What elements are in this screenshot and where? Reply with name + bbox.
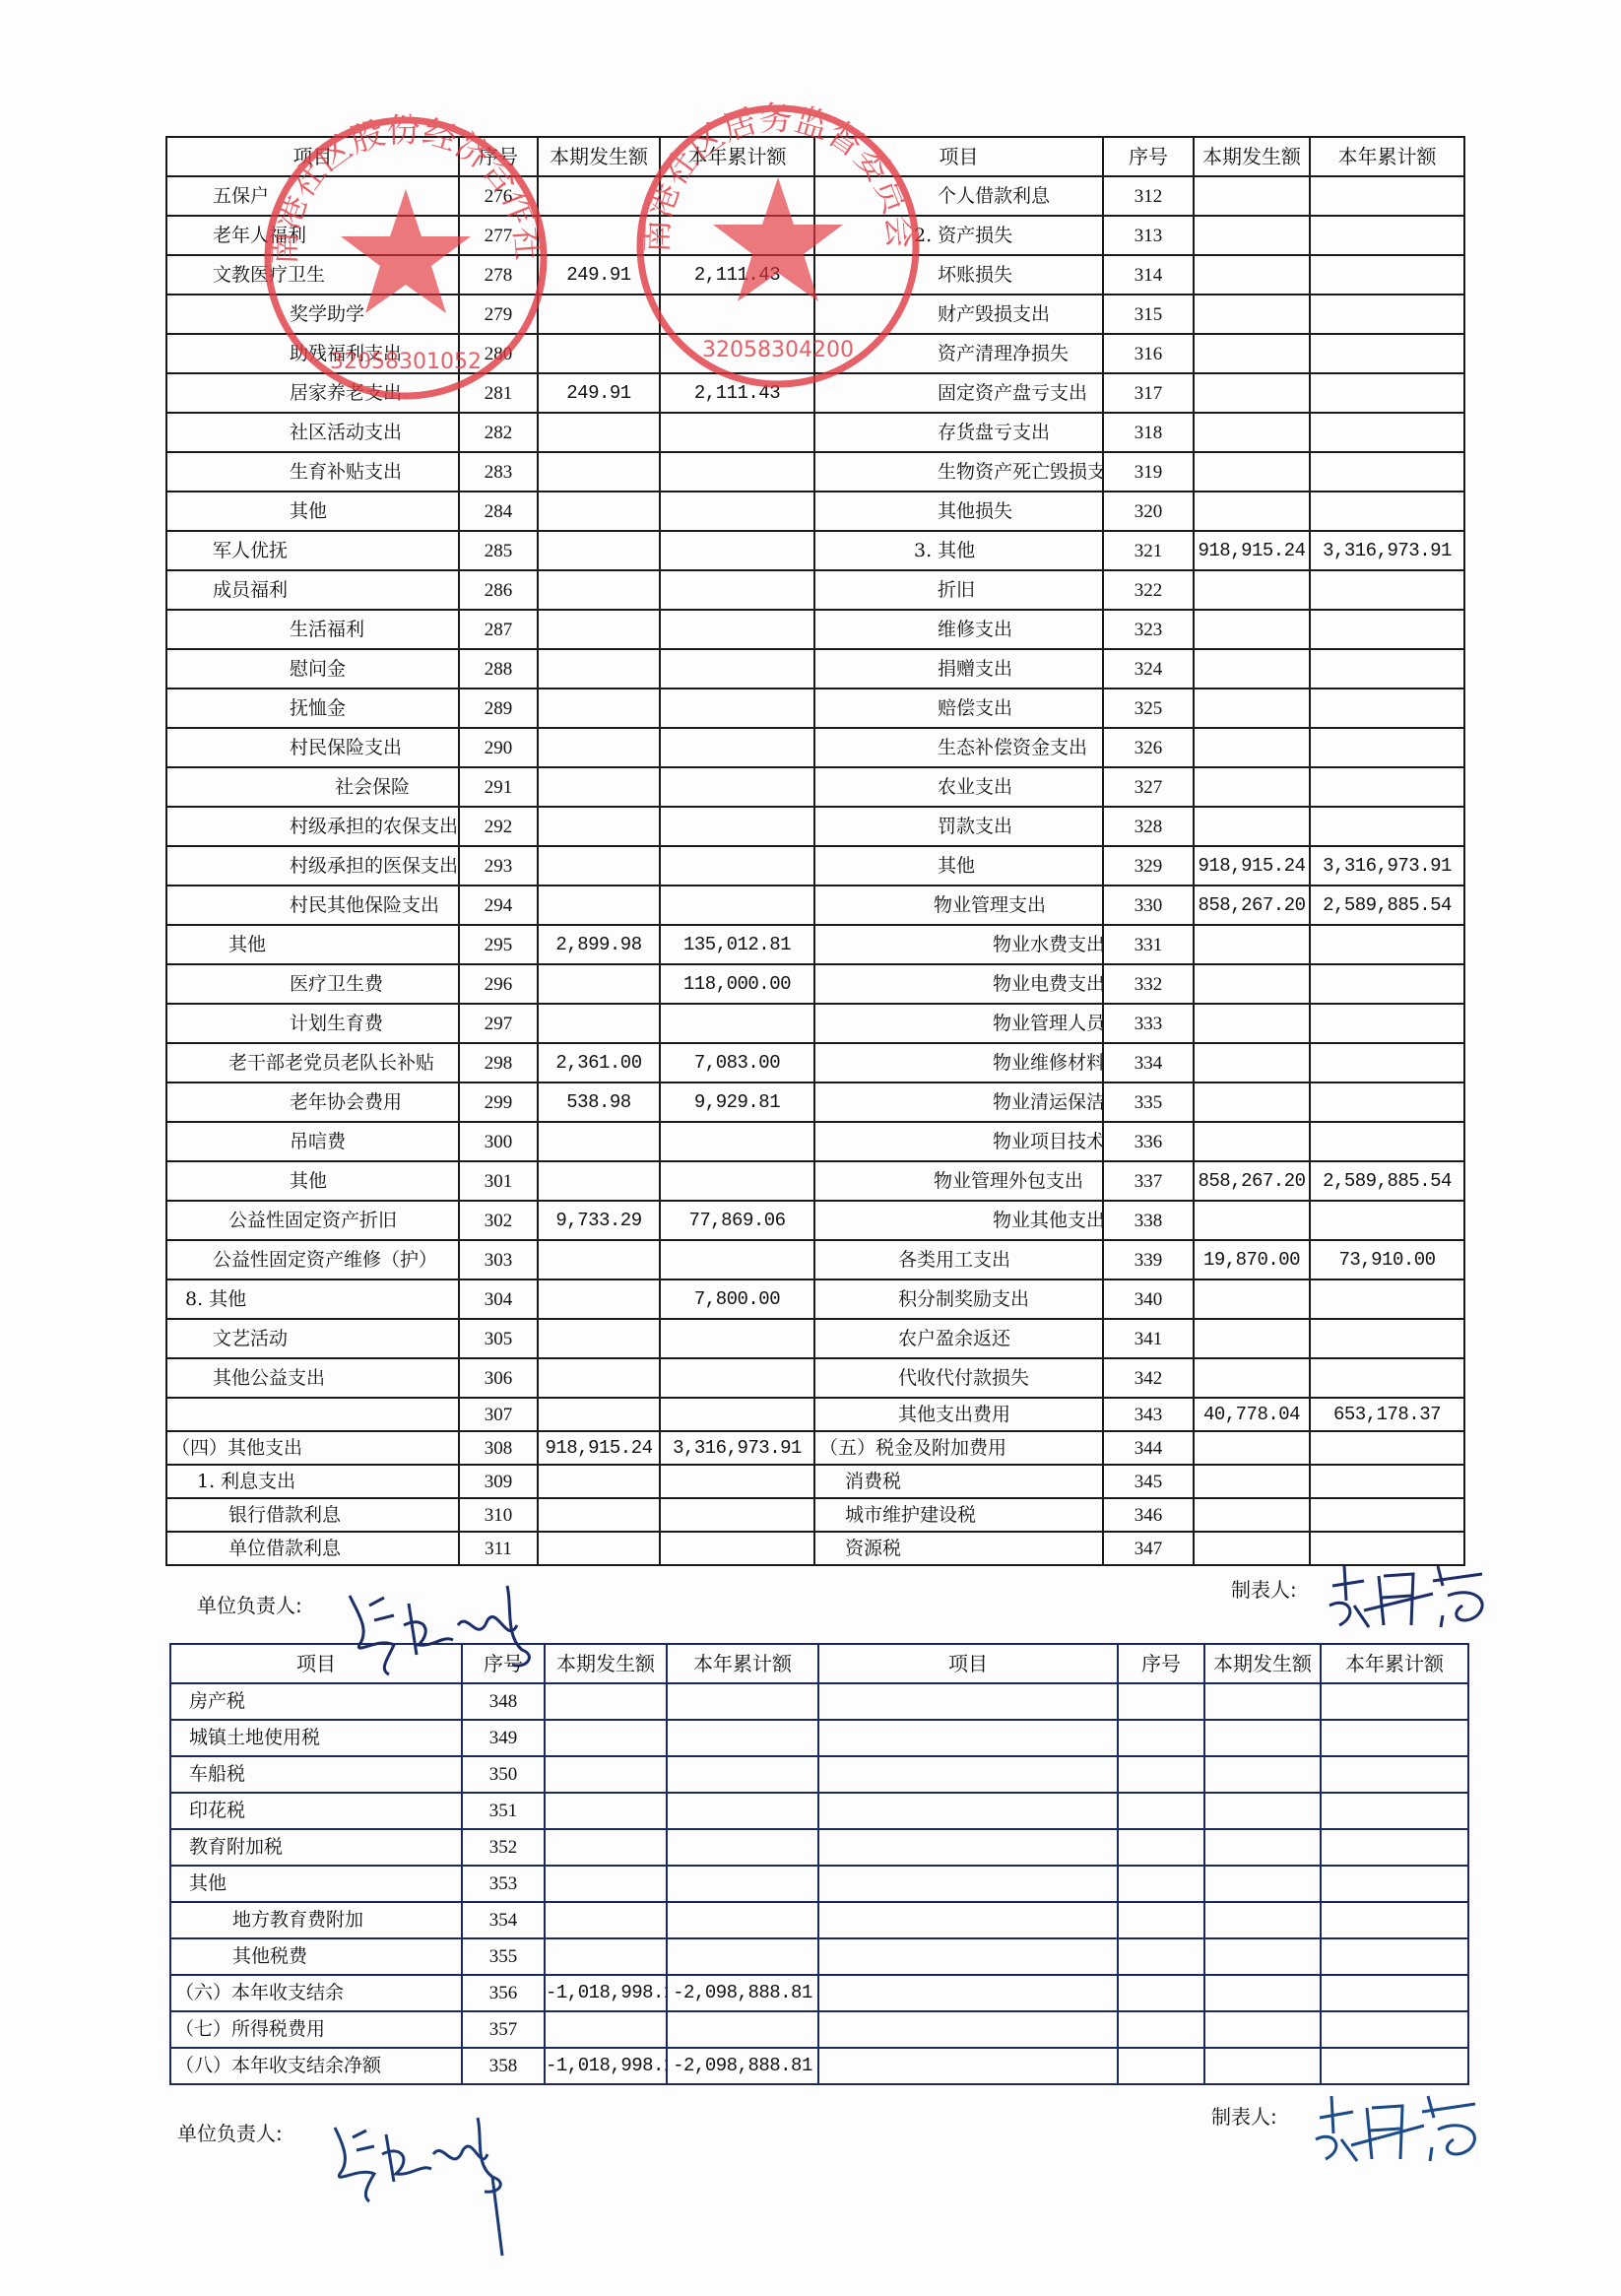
col-header-item: 项目 [166, 137, 459, 176]
ytd-amount [660, 649, 814, 689]
col-header-current: 本期发生额 [1194, 137, 1310, 176]
item-label: 社区活动支出 [166, 413, 459, 452]
seq-number: 318 [1103, 413, 1194, 452]
ytd-amount: 3,316,973.91 [1310, 531, 1464, 570]
item-label: 五保户 [166, 176, 459, 216]
seq-number: 310 [459, 1498, 538, 1532]
ytd-amount [660, 1398, 814, 1431]
col-header-current: 本期发生额 [538, 137, 660, 176]
item-label: 其他支出费用 [814, 1398, 1103, 1431]
item-label: 资产清理净损失 [814, 334, 1103, 373]
seq-number: 329 [1103, 846, 1194, 886]
item-label: 罚款支出 [814, 807, 1103, 846]
item-label: 个人借款利息 [814, 176, 1103, 216]
col-header-item: 项目 [814, 137, 1103, 176]
col-header-item: 项目 [170, 1644, 462, 1683]
current-amount [538, 689, 660, 728]
current-amount [1194, 255, 1310, 295]
item-label [818, 2011, 1118, 2048]
current-amount [545, 1756, 667, 1793]
seq-number: 312 [1103, 176, 1194, 216]
table-row: 其他公益支出306代收代付款损失342 [166, 1358, 1464, 1398]
ytd-amount [1310, 689, 1464, 728]
col-header-seq: 序号 [1103, 137, 1194, 176]
item-label: 物业管理人员报酬支出 [814, 1004, 1103, 1043]
seq-number: 321 [1103, 531, 1194, 570]
ytd-amount [1310, 295, 1464, 334]
item-label: 农业支出 [814, 767, 1103, 807]
current-amount [538, 1398, 660, 1431]
seq-number: 303 [459, 1240, 538, 1279]
ytd-amount [660, 452, 814, 492]
table-row: 公益性固定资产维修（护）303各类用工支出33919,870.0073,910.… [166, 1240, 1464, 1279]
ytd-amount [1310, 728, 1464, 767]
ytd-amount [1310, 216, 1464, 255]
seq-number: 309 [459, 1465, 538, 1498]
seq-number: 277 [459, 216, 538, 255]
current-amount [1194, 1319, 1310, 1358]
table-row: 其他353 [170, 1866, 1468, 1902]
ytd-amount: -2,098,888.81 [667, 1975, 818, 2011]
ytd-amount [667, 1829, 818, 1866]
current-amount [538, 492, 660, 531]
item-label: 房产税 [170, 1683, 462, 1720]
seq-number: 352 [462, 1829, 545, 1866]
seq-number: 317 [1103, 373, 1194, 413]
seq-number: 347 [1103, 1532, 1194, 1565]
seq-number: 288 [459, 649, 538, 689]
current-amount [538, 1161, 660, 1201]
current-amount: -1,018,998.10 [545, 2048, 667, 2084]
item-label: 车船税 [170, 1756, 462, 1793]
current-amount [1204, 1793, 1321, 1829]
current-amount [1204, 2011, 1321, 2048]
current-amount [545, 1902, 667, 1938]
table-header-row: 项目 序号 本期发生额 本年累计额 项目 序号 本期发生额 本年累计额 [166, 137, 1464, 176]
seq-number: 323 [1103, 610, 1194, 649]
ytd-amount: 118,000.00 [660, 964, 814, 1004]
item-label: 物业项目技术服务费用 [814, 1122, 1103, 1161]
table-row: 文艺活动305农户盈余返还341 [166, 1319, 1464, 1358]
unit-head-label: 单位负责人: [177, 2118, 283, 2146]
ytd-amount [1310, 1498, 1464, 1532]
income-expense-table-part2: 项目 序号 本期发生额 本年累计额 项目 序号 本期发生额 本年累计额 房产税3… [169, 1643, 1469, 2085]
ytd-amount [1310, 925, 1464, 964]
current-amount [538, 334, 660, 373]
ytd-amount [1310, 255, 1464, 295]
ytd-amount [1321, 2048, 1468, 2084]
item-label: 城市维护建设税 [814, 1498, 1103, 1532]
seq-number [1118, 1902, 1204, 1938]
seq-number: 350 [462, 1756, 545, 1793]
current-amount: 538.98 [538, 1082, 660, 1122]
ytd-amount [1310, 1004, 1464, 1043]
current-amount [1194, 1498, 1310, 1532]
ytd-amount [1321, 1683, 1468, 1720]
current-amount [538, 649, 660, 689]
ytd-amount [667, 2011, 818, 2048]
table-row: 公益性固定资产折旧3029,733.2977,869.06物业其他支出338 [166, 1201, 1464, 1240]
current-amount [1194, 1431, 1310, 1465]
current-amount [1194, 1532, 1310, 1565]
current-amount [545, 1829, 667, 1866]
item-label: 物业管理外包支出 [814, 1161, 1103, 1201]
table-row: 生活福利287维修支出323 [166, 610, 1464, 649]
ytd-amount [1310, 1201, 1464, 1240]
item-label: 印花税 [170, 1793, 462, 1829]
item-label: 存货盘亏支出 [814, 413, 1103, 452]
seq-number [1118, 1866, 1204, 1902]
ytd-amount [667, 1902, 818, 1938]
table-row: （四）其他支出308918,915.243,316,973.91（五）税金及附加… [166, 1431, 1464, 1465]
current-amount [538, 1498, 660, 1532]
seq-number: 300 [459, 1122, 538, 1161]
current-amount: 249.91 [538, 373, 660, 413]
seq-number: 319 [1103, 452, 1194, 492]
table-row: 房产税348 [170, 1683, 1468, 1720]
ytd-amount [667, 1793, 818, 1829]
ytd-amount [1310, 1319, 1464, 1358]
current-amount [538, 176, 660, 216]
current-amount [538, 531, 660, 570]
ytd-amount [1321, 1829, 1468, 1866]
table-row: 城镇土地使用税349 [170, 1720, 1468, 1756]
item-label: 村级承担的医保支出 [166, 846, 459, 886]
current-amount [1194, 1465, 1310, 1498]
seq-number: 325 [1103, 689, 1194, 728]
item-label: 成员福利 [166, 570, 459, 610]
ytd-amount [660, 1319, 814, 1358]
current-amount: 2,361.00 [538, 1043, 660, 1082]
seq-number: 302 [459, 1201, 538, 1240]
table-row: 慰问金288捐赠支出324 [166, 649, 1464, 689]
item-label: 生活福利 [166, 610, 459, 649]
seq-number: 313 [1103, 216, 1194, 255]
item-label: 生态补偿资金支出 [814, 728, 1103, 767]
current-amount [1194, 728, 1310, 767]
item-label: 单位借款利息 [166, 1532, 459, 1565]
ytd-amount [660, 807, 814, 846]
item-label [166, 1398, 459, 1431]
preparer-label: 制表人: [1231, 1574, 1297, 1603]
seq-number: 298 [459, 1043, 538, 1082]
current-amount [538, 1240, 660, 1279]
item-label: 农户盈余返还 [814, 1319, 1103, 1358]
col-header-ytd: 本年累计额 [667, 1644, 818, 1683]
ytd-amount: 3,316,973.91 [1310, 846, 1464, 886]
ytd-amount [667, 1720, 818, 1756]
item-label: （四）其他支出 [166, 1431, 459, 1465]
item-label: 3. 其他 [814, 531, 1103, 570]
current-amount [1194, 649, 1310, 689]
ytd-amount [1310, 570, 1464, 610]
table-row: （六）本年收支结余356-1,018,998.10-2,098,888.81 [170, 1975, 1468, 2011]
current-amount [545, 1938, 667, 1975]
seq-number: 304 [459, 1279, 538, 1319]
col-header-current: 本期发生额 [1204, 1644, 1321, 1683]
table-row: 吊唁费300物业项目技术服务费用336 [166, 1122, 1464, 1161]
seq-number: 340 [1103, 1279, 1194, 1319]
current-amount [545, 1793, 667, 1829]
item-label [818, 1902, 1118, 1938]
seq-number: 293 [459, 846, 538, 886]
item-label: 代收代付款损失 [814, 1358, 1103, 1398]
current-amount [1204, 2048, 1321, 2084]
item-label: 其他公益支出 [166, 1358, 459, 1398]
ytd-amount [1310, 807, 1464, 846]
table-row: 其他284其他损失320 [166, 492, 1464, 531]
seq-number: 328 [1103, 807, 1194, 846]
seq-number: 358 [462, 2048, 545, 2084]
seq-number: 332 [1103, 964, 1194, 1004]
current-amount [538, 728, 660, 767]
item-label [818, 1683, 1118, 1720]
seq-number: 354 [462, 1902, 545, 1938]
current-amount [1194, 1279, 1310, 1319]
table-row: 老年人福利2772. 资产损失313 [166, 216, 1464, 255]
ytd-amount [660, 767, 814, 807]
col-header-seq: 序号 [462, 1644, 545, 1683]
table-row: 其他税费355 [170, 1938, 1468, 1975]
current-amount [538, 610, 660, 649]
col-header-ytd: 本年累计额 [1321, 1644, 1468, 1683]
table-row: 军人优抚2853. 其他321918,915.243,316,973.91 [166, 531, 1464, 570]
item-label: 其他损失 [814, 492, 1103, 531]
ytd-amount [660, 492, 814, 531]
table-row: 教育附加税352 [170, 1829, 1468, 1866]
seq-number: 294 [459, 886, 538, 925]
current-amount [1194, 452, 1310, 492]
seq-number: 282 [459, 413, 538, 452]
item-label: 文艺活动 [166, 1319, 459, 1358]
item-label [818, 1756, 1118, 1793]
ytd-amount [1310, 1082, 1464, 1122]
ytd-amount [667, 1756, 818, 1793]
item-label [818, 1829, 1118, 1866]
ytd-amount: 73,910.00 [1310, 1240, 1464, 1279]
ytd-amount [1321, 1975, 1468, 2011]
current-amount [545, 1866, 667, 1902]
ytd-amount [1310, 492, 1464, 531]
seq-number: 349 [462, 1720, 545, 1756]
table-row: 医疗卫生费296118,000.00物业电费支出332 [166, 964, 1464, 1004]
seq-number: 301 [459, 1161, 538, 1201]
seq-number: 285 [459, 531, 538, 570]
item-label [818, 1975, 1118, 2011]
table-row: 居家养老支出281249.912,111.43固定资产盘亏支出317 [166, 373, 1464, 413]
table-row: 文教医疗卫生278249.912,111.43坏账损失314 [166, 255, 1464, 295]
seq-number: 289 [459, 689, 538, 728]
ytd-amount [1310, 452, 1464, 492]
preparer-label: 制表人: [1211, 2101, 1277, 2130]
col-header-ytd: 本年累计额 [1310, 137, 1464, 176]
table-row: 社区活动支出282存货盘亏支出318 [166, 413, 1464, 452]
ytd-amount [660, 413, 814, 452]
item-label: 赔偿支出 [814, 689, 1103, 728]
current-amount [538, 1532, 660, 1565]
table-row: 银行借款利息310城市维护建设税346 [166, 1498, 1464, 1532]
ytd-amount: 7,083.00 [660, 1043, 814, 1082]
ytd-amount [660, 531, 814, 570]
item-label: 其他税费 [170, 1938, 462, 1975]
ytd-amount [660, 1161, 814, 1201]
seq-number: 284 [459, 492, 538, 531]
seq-number: 345 [1103, 1465, 1194, 1498]
current-amount [538, 295, 660, 334]
current-amount [538, 1122, 660, 1161]
ytd-amount [660, 295, 814, 334]
ytd-amount [667, 1866, 818, 1902]
income-expense-table-part1: 项目 序号 本期发生额 本年累计额 项目 序号 本期发生额 本年累计额 五保户2… [165, 136, 1465, 1566]
item-label: （七）所得税费用 [170, 2011, 462, 2048]
col-header-seq: 序号 [459, 137, 538, 176]
table-row: 其他301物业管理外包支出337858,267.202,589,885.54 [166, 1161, 1464, 1201]
unit-head-label: 单位负责人: [197, 1590, 302, 1618]
ytd-amount [660, 886, 814, 925]
current-amount [1194, 767, 1310, 807]
seq-number [1118, 1756, 1204, 1793]
current-amount [1194, 689, 1310, 728]
current-amount [1204, 1683, 1321, 1720]
current-amount: 9,733.29 [538, 1201, 660, 1240]
item-label: （八）本年收支结余净额 [170, 2048, 462, 2084]
ytd-amount: 135,012.81 [660, 925, 814, 964]
col-header-current: 本期发生额 [545, 1644, 667, 1683]
ytd-amount: 2,589,885.54 [1310, 886, 1464, 925]
seq-number: 295 [459, 925, 538, 964]
current-amount [1194, 1043, 1310, 1082]
table-row: 地方教育费附加354 [170, 1902, 1468, 1938]
table-row: 抚恤金289赔偿支出325 [166, 689, 1464, 728]
item-label: 奖学助学 [166, 295, 459, 334]
seq-number [1118, 1683, 1204, 1720]
current-amount [1194, 807, 1310, 846]
current-amount [545, 1720, 667, 1756]
seq-number: 316 [1103, 334, 1194, 373]
seq-number: 308 [459, 1431, 538, 1465]
seq-number: 306 [459, 1358, 538, 1398]
table-row: 计划生育费297物业管理人员报酬支出333 [166, 1004, 1464, 1043]
item-label [818, 1938, 1118, 1975]
item-label: （六）本年收支结余 [170, 1975, 462, 2011]
table-row: 8. 其他3047,800.00积分制奖励支出340 [166, 1279, 1464, 1319]
ytd-amount: 9,929.81 [660, 1082, 814, 1122]
item-label: 医疗卫生费 [166, 964, 459, 1004]
current-amount: 2,899.98 [538, 925, 660, 964]
current-amount [1194, 1358, 1310, 1398]
item-label: 其他 [166, 1161, 459, 1201]
seq-number: 287 [459, 610, 538, 649]
table-row: （八）本年收支结余净额358-1,018,998.10-2,098,888.81 [170, 2048, 1468, 2084]
current-amount [1194, 492, 1310, 531]
item-label [818, 1866, 1118, 1902]
col-header-ytd: 本年累计额 [660, 137, 814, 176]
table-row: 其他2952,899.98135,012.81物业水费支出331 [166, 925, 1464, 964]
seq-number [1118, 1938, 1204, 1975]
item-label: 各类用工支出 [814, 1240, 1103, 1279]
current-amount [1204, 1829, 1321, 1866]
ytd-amount [660, 689, 814, 728]
item-label: 助残福利支出 [166, 334, 459, 373]
ytd-amount [1310, 1043, 1464, 1082]
ytd-amount [1321, 2011, 1468, 2048]
ytd-amount [660, 846, 814, 886]
current-amount: 249.91 [538, 255, 660, 295]
seq-number [1118, 1720, 1204, 1756]
seq-number: 335 [1103, 1082, 1194, 1122]
current-amount [538, 452, 660, 492]
item-label: 教育附加税 [170, 1829, 462, 1866]
table-row: 村级承担的医保支出293其他329918,915.243,316,973.91 [166, 846, 1464, 886]
seq-number: 330 [1103, 886, 1194, 925]
seq-number: 334 [1103, 1043, 1194, 1082]
seq-number [1118, 2048, 1204, 2084]
current-amount [1194, 216, 1310, 255]
current-amount [1194, 610, 1310, 649]
current-amount [545, 2011, 667, 2048]
unit-head-signature-2 [325, 2113, 522, 2261]
item-label: 地方教育费附加 [170, 1902, 462, 1938]
current-amount [1204, 1975, 1321, 2011]
seq-number: 356 [462, 1975, 545, 2011]
current-amount [1194, 1004, 1310, 1043]
ytd-amount [660, 1122, 814, 1161]
ytd-amount [1310, 610, 1464, 649]
seq-number: 342 [1103, 1358, 1194, 1398]
seq-number: 279 [459, 295, 538, 334]
current-amount [1204, 1866, 1321, 1902]
current-amount [538, 1279, 660, 1319]
seq-number: 344 [1103, 1431, 1194, 1465]
item-label: 村民其他保险支出 [166, 886, 459, 925]
seq-number: 315 [1103, 295, 1194, 334]
seq-number [1118, 1975, 1204, 2011]
ytd-amount [660, 1532, 814, 1565]
seq-number: 353 [462, 1866, 545, 1902]
seq-number [1118, 1793, 1204, 1829]
seq-number: 327 [1103, 767, 1194, 807]
item-label: 物业其他支出 [814, 1201, 1103, 1240]
ytd-amount [660, 1004, 814, 1043]
seq-number: 280 [459, 334, 538, 373]
seq-number: 292 [459, 807, 538, 846]
item-label: 居家养老支出 [166, 373, 459, 413]
seq-number: 339 [1103, 1240, 1194, 1279]
seq-number: 290 [459, 728, 538, 767]
seq-number: 337 [1103, 1161, 1194, 1201]
current-amount [1194, 373, 1310, 413]
ytd-amount: 7,800.00 [660, 1279, 814, 1319]
table-row: 1. 利息支出309消费税345 [166, 1465, 1464, 1498]
seq-number: 283 [459, 452, 538, 492]
ytd-amount [660, 334, 814, 373]
seq-number: 341 [1103, 1319, 1194, 1358]
item-label: 物业水费支出 [814, 925, 1103, 964]
seq-number: 307 [459, 1398, 538, 1431]
item-label: 抚恤金 [166, 689, 459, 728]
seq-number: 286 [459, 570, 538, 610]
current-amount [1194, 413, 1310, 452]
current-amount [1204, 1902, 1321, 1938]
ytd-amount [660, 1465, 814, 1498]
item-label: 老干部老党员老队长补贴 [166, 1043, 459, 1082]
item-label: 1. 利息支出 [166, 1465, 459, 1498]
item-label: 文教医疗卫生 [166, 255, 459, 295]
seq-number: 338 [1103, 1201, 1194, 1240]
current-amount [538, 1358, 660, 1398]
item-label: （五）税金及附加费用 [814, 1431, 1103, 1465]
ytd-amount [1321, 1793, 1468, 1829]
